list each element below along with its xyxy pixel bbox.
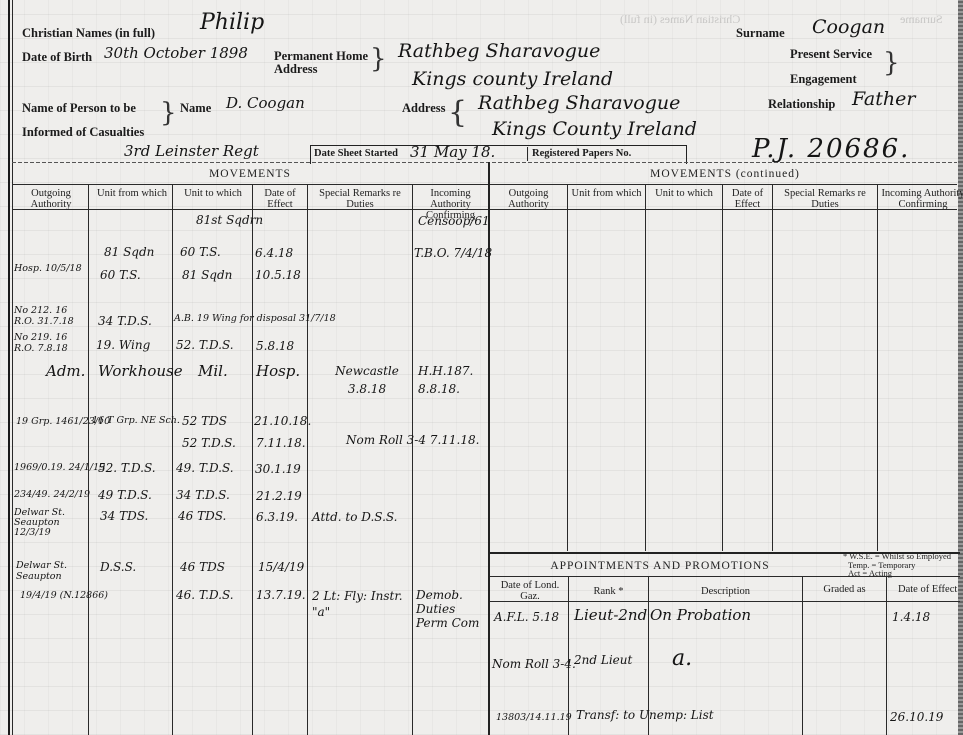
col-special-remarks-cont: Special Remarks re Duties: [773, 188, 877, 210]
col-rule: [172, 184, 173, 735]
movement-cell: D.S.S.: [100, 560, 136, 574]
brace: {: [448, 98, 467, 128]
col-rule: [802, 576, 803, 735]
movement-cell: 49. T.D.S.: [176, 461, 234, 475]
movement-cell: Adm.: [46, 362, 85, 380]
movement-cell: 81 Sqdn: [182, 268, 232, 282]
movement-cell: 34 T.D.S.: [176, 488, 230, 502]
movement-cell: Workhouse: [98, 362, 183, 380]
movements-continued-title: MOVEMENTS (continued): [490, 168, 960, 180]
movement-cell: 34 TDS.: [100, 509, 148, 523]
dob-value: 30th October 1898: [104, 44, 248, 62]
movement-cell: 52 TDS: [182, 414, 227, 428]
box-divider: [527, 147, 528, 161]
col-description: Description: [649, 586, 802, 597]
relationship-value: Father: [852, 88, 915, 110]
dob-label: Date of Birth: [22, 50, 92, 65]
movement-cell: 52 T.D.S.: [182, 436, 236, 450]
col-rule: [772, 184, 773, 551]
appointments-legend: * W.S.E. = Whilst so Employed Temp. = Te…: [843, 552, 951, 578]
movement-cell: 16 T Grp. NE Sch.: [92, 415, 180, 426]
movement-cell: 49 T.D.S.: [98, 488, 152, 502]
col-date-of-effect-cont: Date of Effect: [723, 188, 772, 210]
movement-cell: 46 TDS.: [178, 509, 226, 523]
legend-act: Act = Acting: [843, 569, 951, 578]
movements-title-rule: [12, 184, 957, 185]
movements-title: MOVEMENTS: [12, 168, 488, 180]
appointment-cell: a.: [672, 646, 692, 671]
movement-cell: 34 T.D.S.: [98, 314, 152, 328]
movement-cell: Attd. to D.S.S.: [312, 510, 398, 524]
col-incoming-authority-cont: Incoming Authority Confirming: [878, 188, 963, 210]
permanent-home-label-line2: Address: [274, 63, 368, 76]
bleed-through-text: Christian Names (in full): [620, 12, 740, 27]
registered-papers-label: Registered Papers No.: [532, 148, 631, 159]
permanent-home-line2: Kings county Ireland: [412, 68, 613, 90]
col-rule: [412, 184, 413, 735]
col-rule: [252, 184, 253, 735]
movement-cell: 30.1.19: [255, 462, 301, 476]
appointment-cell: Nom Roll 3-4.: [492, 657, 576, 671]
movement-cell: Censoop/61: [418, 214, 490, 228]
movement-cell: 19/4/19 (N.12866): [20, 590, 108, 601]
present-service-label: Present Service: [790, 47, 872, 62]
regiment-value: 3rd Leinster Regt: [124, 142, 259, 160]
date-sheet-started-label: Date Sheet Started: [314, 148, 398, 159]
movement-cell: Mil.: [198, 362, 228, 380]
col-outgoing-authority-cont: Outgoing Authority: [490, 188, 567, 210]
bleed-through-text: Surname: [900, 12, 943, 27]
nok-name-label: Name: [180, 101, 211, 116]
scan-edge: [958, 0, 963, 735]
col-rule: [567, 184, 568, 551]
appointment-cell: 26.10.19: [890, 710, 943, 724]
col-special-remarks: Special Remarks re Duties: [309, 188, 411, 210]
movement-cell: Hosp.: [256, 362, 300, 380]
movement-cell: 81 Sqdn: [104, 245, 154, 259]
col-unit-to: Unit to which: [174, 188, 252, 199]
appointment-cell: 13803/14.11.19: [496, 712, 572, 723]
engagement-label: Engagement: [790, 72, 857, 87]
col-rule: [886, 576, 887, 735]
movement-cell: 21.2.19: [256, 489, 302, 503]
christian-names-label: Christian Names (in full): [22, 26, 155, 41]
col-date-of-effect: Date of Effect: [254, 188, 306, 210]
col-unit-from-cont: Unit from which: [568, 188, 645, 199]
brace: }: [370, 46, 387, 72]
movement-cell: 60 T.S.: [100, 268, 141, 282]
movement-cell: 2 Lt: Fly: Instr. "a": [312, 588, 412, 620]
col-unit-from: Unit from which: [92, 188, 172, 199]
movement-cell: 10.5.18: [255, 268, 301, 282]
movement-cell: No 219. 16 R.O. 7.8.18: [14, 332, 88, 354]
surname-label: Surname: [736, 26, 785, 41]
col-date-of-effect-appt: Date of Effect: [888, 584, 963, 595]
col-outgoing-authority: Outgoing Authority: [14, 188, 88, 210]
appointment-cell: Transf: to Unemp: List: [576, 708, 714, 722]
movement-cell: 19. Wing: [96, 338, 150, 352]
movement-cell: No 212. 16 R.O. 31.7.18: [14, 305, 88, 327]
movement-cell: A.B. 19 Wing for disposal 31/7/18: [174, 313, 336, 324]
christian-names-value: Philip: [200, 10, 264, 35]
nok-label-line1: Name of Person to be: [22, 101, 136, 116]
header-rule: [12, 162, 957, 163]
movement-cell: 60 T.S.: [180, 245, 221, 259]
col-rank: Rank *: [569, 586, 648, 597]
movement-cell: 5.8.18: [256, 339, 294, 353]
col-rule: [88, 184, 89, 735]
appointment-cell: On Probation: [650, 606, 751, 624]
movement-cell: Hosp. 10/5/18: [14, 263, 82, 274]
nok-address-line2: Kings County Ireland: [492, 118, 697, 140]
movement-cell: 6.4.18: [255, 246, 293, 260]
movement-cell: Delwar St. Seaupton: [16, 560, 88, 582]
movement-cell: 6.3.19.: [256, 510, 298, 524]
movement-cell: Newcastle 3.8.18: [322, 362, 412, 398]
movement-cell: 21.10.18.: [254, 414, 311, 428]
col-unit-to-cont: Unit to which: [646, 188, 722, 199]
movement-cell: Nom Roll 3-4 7.11.18.: [346, 433, 479, 447]
col-rule: [307, 184, 308, 735]
permanent-home-line1: Rathbeg Sharavogue: [398, 40, 600, 62]
movement-cell: 15/4/19: [258, 560, 304, 574]
movement-cell: Delwar St. Seaupton 12/3/19: [14, 508, 88, 538]
movement-cell: Demob. Duties Perm Com: [416, 588, 490, 630]
col-rule: [877, 184, 878, 551]
col-date-lond-gaz: Date of Lond. Gaz.: [492, 580, 568, 602]
nok-address-label: Address: [402, 101, 446, 116]
service-record-sheet: Christian Names (in full) Surname Christ…: [0, 0, 963, 735]
relationship-label: Relationship: [768, 97, 835, 112]
movement-cell: 52. T.D.S.: [98, 461, 156, 475]
brace: }: [160, 100, 177, 126]
movement-cell: 46. T.D.S.: [176, 588, 234, 602]
movement-cell: 81st Sqdrn: [196, 213, 263, 227]
permanent-home-label: Permanent Home Address: [274, 50, 368, 76]
appointment-cell: Lieut-2nd: [574, 606, 647, 624]
movement-cell: T.B.O. 7/4/18: [414, 246, 492, 260]
col-rule: [645, 184, 646, 551]
surname-value: Coogan: [812, 16, 885, 38]
movement-cell: 13.7.19.: [256, 588, 306, 602]
brace: }: [883, 50, 900, 76]
col-rule: [722, 184, 723, 551]
movement-cell: H.H.187. 8.8.18.: [418, 362, 488, 398]
movement-cell: 7.11.18.: [256, 436, 306, 450]
appointment-cell: A.F.L. 5.18: [494, 610, 559, 624]
service-number: P.J. 20686.: [752, 134, 910, 164]
nok-address-line1: Rathbeg Sharavogue: [478, 92, 680, 114]
col-graded-as: Graded as: [803, 584, 886, 595]
movement-cell: 46 TDS: [180, 560, 225, 574]
left-margin-rule: [8, 0, 10, 735]
date-sheet-started-value: 31 May 18.: [410, 143, 495, 161]
left-margin-rule-inner: [12, 0, 13, 735]
nok-name-value: D. Coogan: [226, 94, 305, 112]
movement-cell: 1969/0.19. 24/1/19: [14, 462, 105, 473]
appointment-cell: 1.4.18: [892, 610, 930, 624]
nok-label-line2: Informed of Casualties: [22, 125, 144, 140]
movement-cell: 52. T.D.S.: [176, 338, 234, 352]
movement-cell: 234/49. 24/2/19: [14, 489, 90, 500]
appointment-cell: 2nd Lieut: [574, 653, 632, 667]
appointments-title: APPOINTMENTS AND PROMOTIONS: [490, 560, 830, 572]
